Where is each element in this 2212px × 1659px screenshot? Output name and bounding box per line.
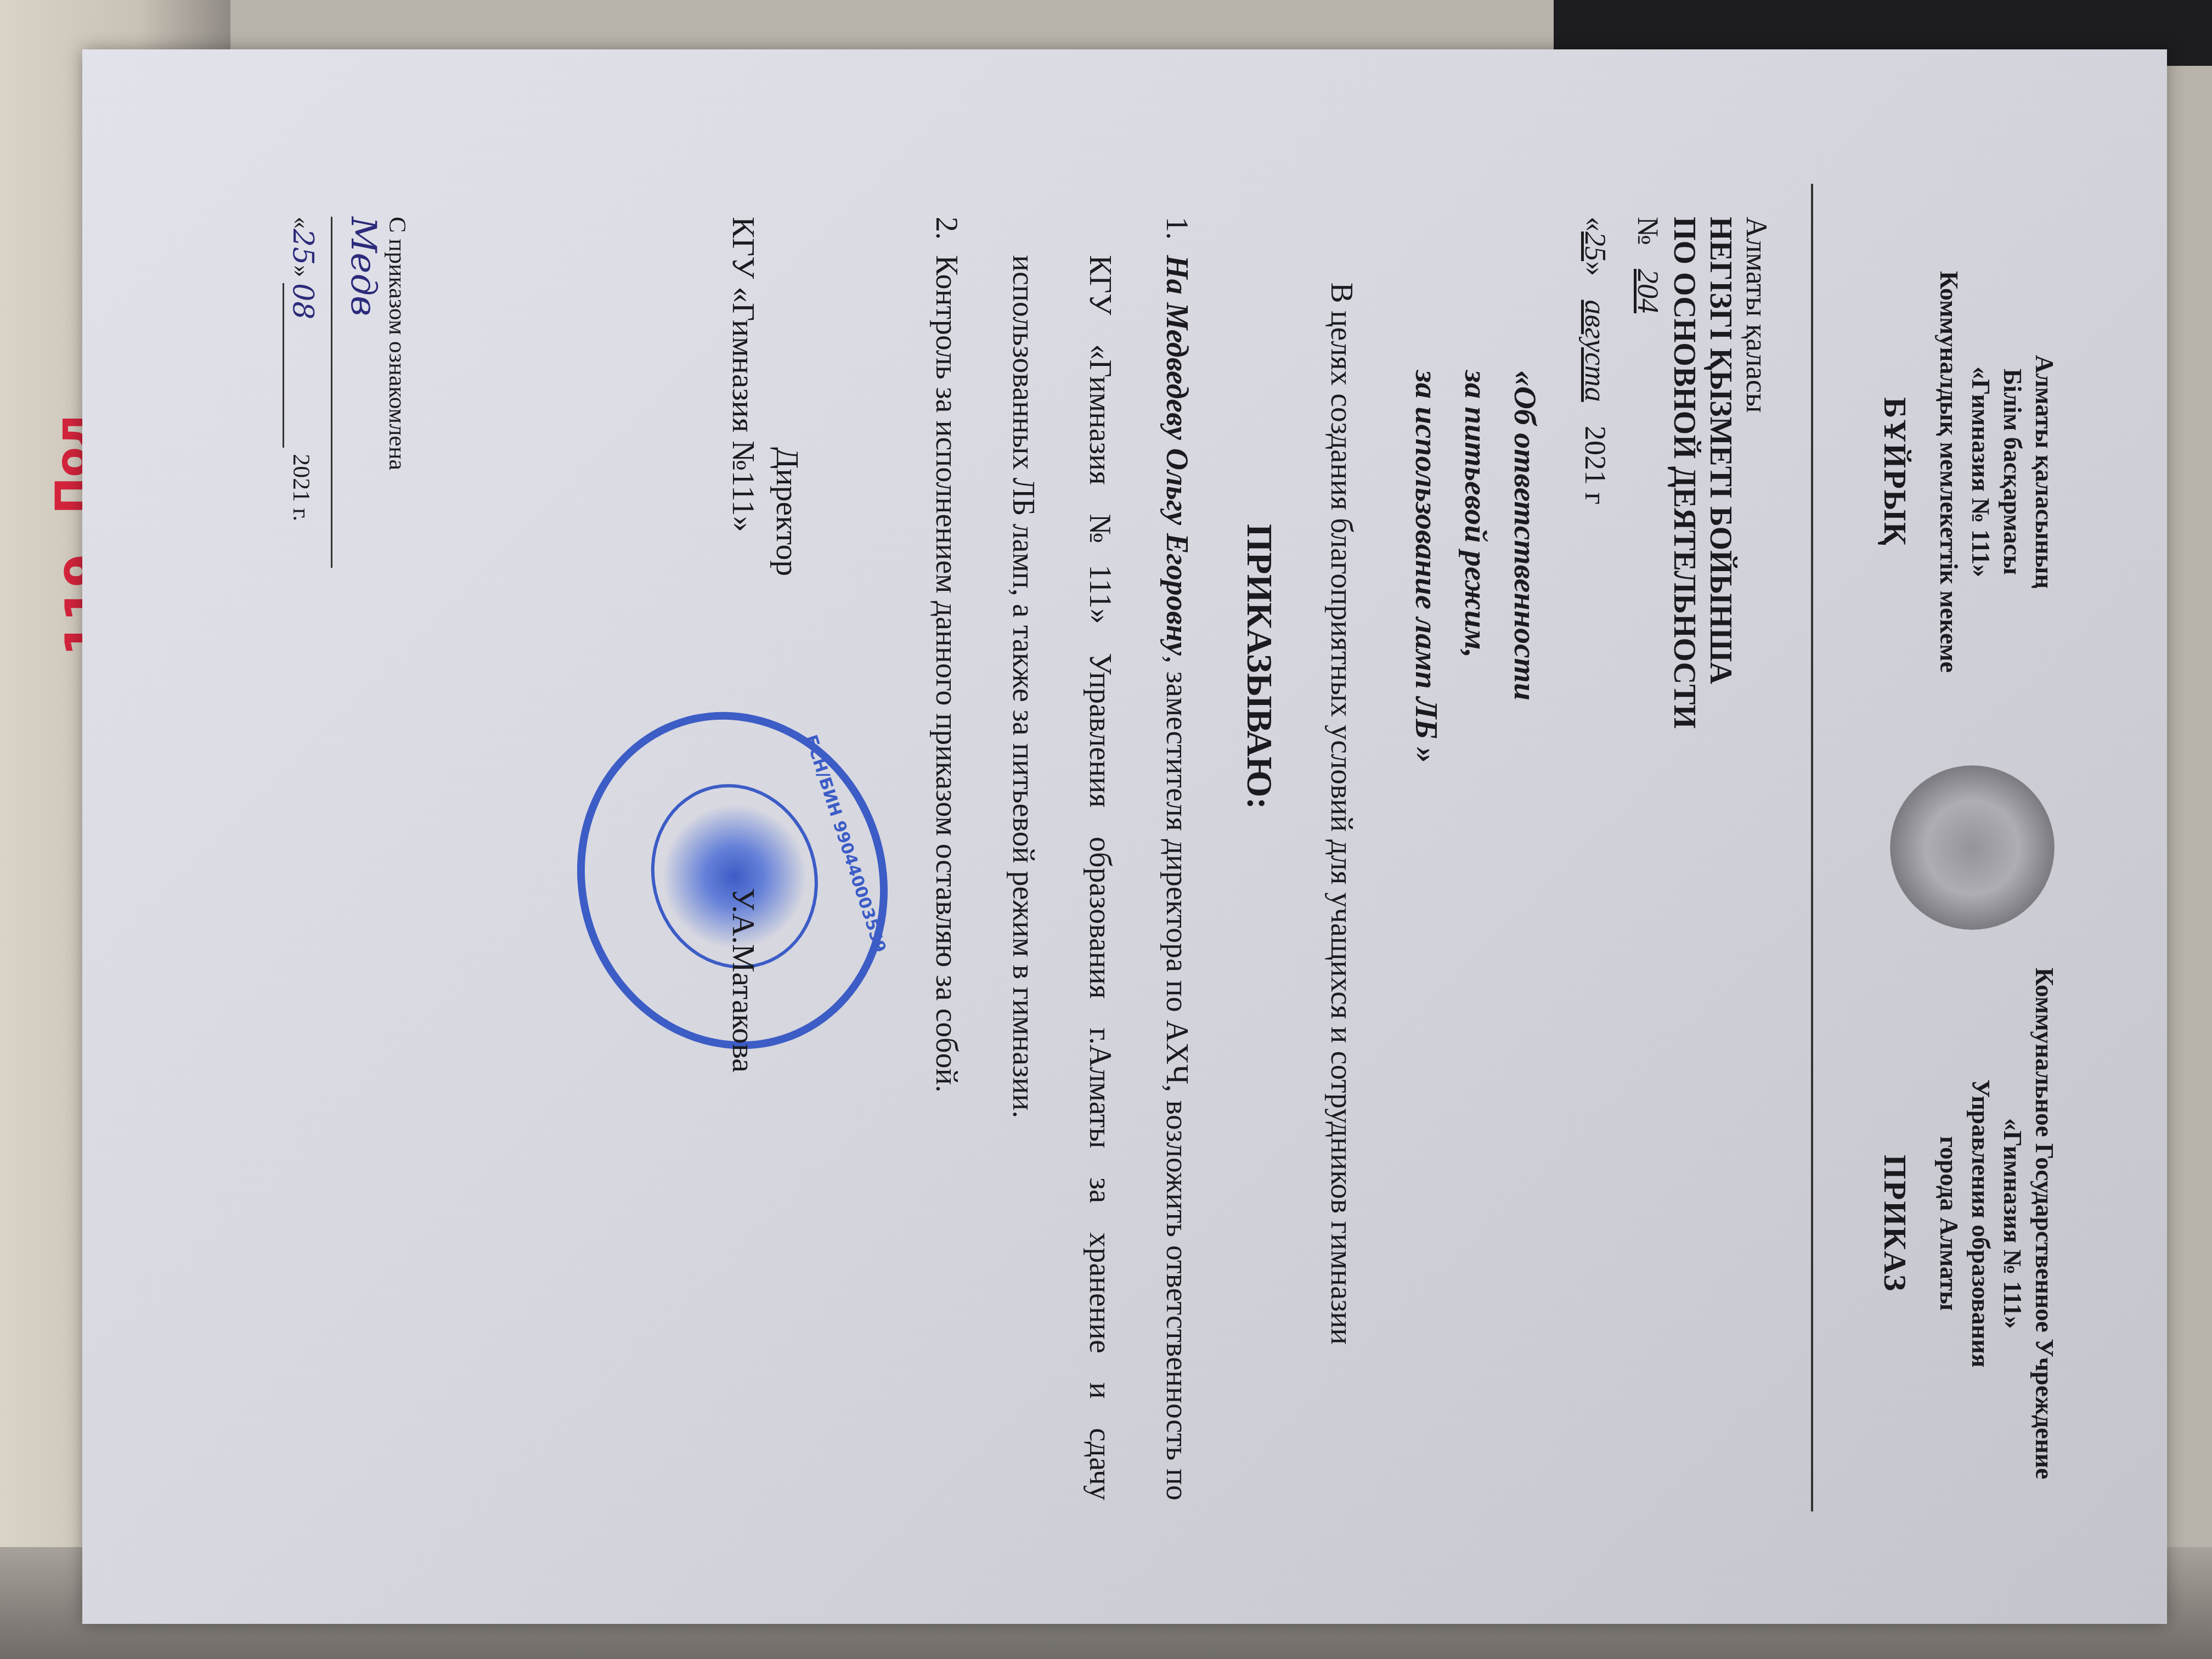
subject-line: за использование ламп ЛБ » xyxy=(1402,370,1451,763)
subject-line: за питьевой режим, xyxy=(1451,370,1500,763)
order-item: 1. На Медведеву Ольгу Егоровну, заместит… xyxy=(985,217,1215,1500)
letterhead-ru: Коммунальное Государственное Учреждение … xyxy=(1879,935,2060,1511)
letterhead-title-kz: БҰЙРЫҚ xyxy=(1879,184,1911,760)
ack-date: «25» 08 2021 г. xyxy=(283,217,320,568)
order-body: В целях создания благоприятных условий д… xyxy=(908,217,1380,1500)
letterhead-line: Коммунальное Государственное Учреждение xyxy=(2028,935,2060,1511)
letterhead-line: города Алматы xyxy=(1933,935,1965,1511)
signature-block: Директор КГУ «Гимназия №111» У.А.Матаков… xyxy=(721,217,809,1500)
ack-day: 25 xyxy=(286,229,319,265)
order-number: № 204 xyxy=(1630,217,1666,729)
letterhead-line: «Гимназия № 111» xyxy=(1996,935,2028,1511)
letterhead-title-ru: ПРИКАЗ xyxy=(1879,935,1911,1511)
city-label: Алматы қаласы xyxy=(1739,217,1775,729)
ack-year: 2021 г. xyxy=(288,454,315,521)
item-text: На Медведеву Ольгу Егоровну, заместителя… xyxy=(985,255,1215,1500)
category-kz: НЕГІЗГІ ҚЫЗМЕТІ БОЙЫНША xyxy=(1702,217,1739,729)
item-text: Контроль за исполнением данного приказом… xyxy=(908,255,985,1500)
signer-title: Директор xyxy=(765,217,809,1500)
item-lead: На Медведеву Ольгу Егоровну xyxy=(1160,255,1194,656)
category-ru: ПО ОСНОВНОЙ ДЕЯТЕЛЬНОСТИ xyxy=(1666,217,1702,729)
ack-month: 08 xyxy=(286,283,319,319)
letterhead-kz: Алматы қаласының Білім басқармасы «Гимна… xyxy=(1879,184,2060,760)
letterhead-line: Білім басқармасы xyxy=(1996,184,2028,760)
document-paper: Алматы қаласының Білім басқармасы «Гимна… xyxy=(82,49,2167,1624)
letterhead-line: «Гимназия № 111» xyxy=(1965,184,1996,760)
state-emblem-icon xyxy=(1890,765,2055,930)
order-item: 2. Контроль за исполнением данного прика… xyxy=(908,217,985,1500)
date-month: августа xyxy=(1579,284,1612,419)
document-page: Алматы қаласының Білім басқармасы «Гимна… xyxy=(123,96,2126,1577)
letterhead-divider xyxy=(1811,184,1813,1511)
letterhead-line: Коммуналдық мемлекеттік мекеме xyxy=(1933,184,1965,760)
preamble: В целях создания благоприятных условий д… xyxy=(1303,217,1380,1500)
order-word: ПРИКАЗЫВАЮ: xyxy=(1221,217,1297,1500)
letterhead-line: Управления образования xyxy=(1965,935,1996,1511)
letterhead-line: Алматы қаласының xyxy=(2028,184,2060,760)
item-number: 2. xyxy=(908,217,985,255)
date-year: 2021 г xyxy=(1579,426,1612,505)
order-meta: Алматы қаласы НЕГІЗГІ ҚЫЗМЕТІ БОЙЫНША ПО… xyxy=(1577,217,1775,729)
ack-month-line: 08 xyxy=(283,283,320,448)
order-date: «25» августа 2021 г xyxy=(1577,217,1613,729)
item-number: 1. xyxy=(985,217,1215,255)
acknowledgement: С приказом ознакомлена Медв «25» 08 2021… xyxy=(283,217,414,568)
subject-line: «Об ответственности xyxy=(1500,370,1550,763)
signer-org: КГУ «Гимназия №111» xyxy=(721,217,765,1500)
date-day: 25 xyxy=(1579,232,1612,261)
ack-label: С приказом ознакомлена xyxy=(380,217,414,568)
handwritten-signature: Медв xyxy=(343,217,383,316)
signer-name: У.А.Матакова xyxy=(721,888,765,1073)
ack-signature-line: Медв xyxy=(331,217,380,568)
number-value: 204 xyxy=(1632,252,1664,330)
letterhead: Алматы қаласының Білім басқармасы «Гимна… xyxy=(1775,184,2060,1511)
number-label: № xyxy=(1632,217,1664,245)
order-subject: «Об ответственности за питьевой режим, з… xyxy=(1402,370,1550,763)
